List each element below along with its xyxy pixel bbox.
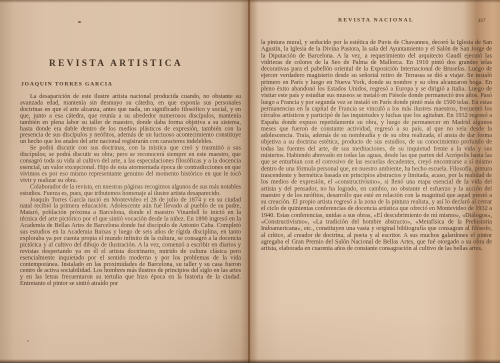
running-header-wrap: REVISTA NACIONAL (306, 17, 446, 24)
author-heading: JOAQUIN TORRES GARCIA (21, 81, 76, 87)
ink-speck (78, 21, 81, 23)
article-title: REVISTA ARTISTICA (0, 59, 232, 69)
bottom-edge-shadow (0, 359, 500, 363)
author-heading-wrap: JOAQUIN TORRES GARCIA (21, 81, 131, 88)
ink-speck (27, 340, 29, 342)
page-number: 467 (478, 18, 486, 24)
paragraph-4: Joaquín Torres García nació en Montevide… (20, 196, 241, 286)
paragraph-3: Colaborador de la revista, en nuestras p… (20, 183, 241, 196)
book-gutter-shadow (240, 0, 258, 363)
top-edge-shadow (0, 0, 500, 3)
left-page-body: La desaparición de este ilustre artista … (20, 93, 241, 334)
running-header: REVISTA NACIONAL (306, 17, 446, 23)
paragraph-2: Se podrá discutir con sus doctrinas, con… (20, 145, 241, 184)
right-page-body: la pintura mural, y seducido por la esté… (261, 39, 492, 327)
scanned-book-spread: REVISTA ARTISTICA JOAQUIN TORRES GARCIA … (0, 0, 500, 363)
paragraph-continuation: la pintura mural, y seducido por la esté… (261, 39, 492, 252)
page-number-wrap: 467 (478, 18, 494, 24)
paragraph-1: La desaparición de este ilustre artista … (20, 93, 241, 145)
